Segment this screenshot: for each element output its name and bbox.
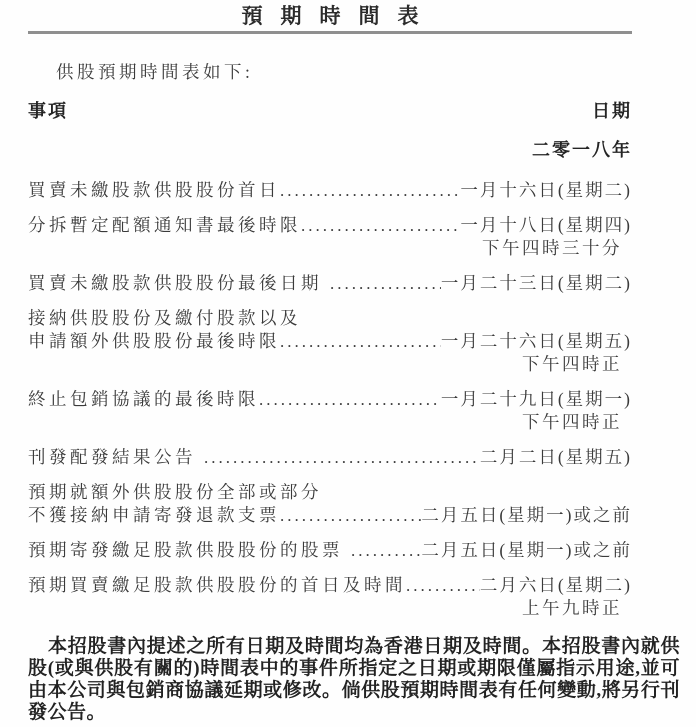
timetable-row: 買賣未繳股款供股股份最後日期 一月二十三日(星期二) xyxy=(28,272,632,295)
timetable-row: 預期就額外供股股份全部或部分不獲接納申請寄發退款支票二月五日(星期一)或之前 xyxy=(28,481,632,527)
dot-leader xyxy=(204,446,480,469)
dot-leader xyxy=(280,179,460,202)
notice-paragraph: 本招股書內提述之所有日期及時間均為香港日期及時間。本招股書內就供股(或與供股有關… xyxy=(28,636,680,724)
intro-text: 供股預期時間表如下: xyxy=(28,61,696,83)
timetable-row-line: 預期買賣繳足股款供股股份的首日及時間二月六日(星期二) xyxy=(28,574,632,597)
timetable-row-line: 申請額外供股股份最後時限一月二十六日(星期五) xyxy=(28,330,632,353)
timetable-row-line: 刊發配發結果公告 二月二日(星期五) xyxy=(28,446,632,469)
timetable-row-line: 買賣未繳股款供股股份首日一月十六日(星期二) xyxy=(28,179,632,202)
dot-leader xyxy=(351,539,421,562)
dot-leader xyxy=(330,272,441,295)
event-date: 一月二十六日(星期五) xyxy=(441,330,632,353)
dot-leader xyxy=(280,330,441,353)
timetable-row: 預期寄發繳足股款供股股份的股票 二月五日(星期一)或之前 xyxy=(28,539,632,562)
event-date: 一月二十三日(星期二) xyxy=(441,272,632,295)
title-divider xyxy=(28,31,632,34)
timetable-row: 終止包銷協議的最後時限一月二十九日(星期一)下午四時正 xyxy=(28,388,632,434)
event-time: 下午四時三十分 xyxy=(28,237,632,260)
event-date: 二月二日(星期五) xyxy=(480,446,632,469)
event-date: 二月五日(星期一)或之前 xyxy=(421,504,632,527)
event-date: 一月二十九日(星期一) xyxy=(441,388,632,411)
event-label: 預期寄發繳足股款供股股份的股票 xyxy=(28,539,343,562)
event-time: 下午四時正 xyxy=(28,411,632,434)
timetable-row: 接納供股股份及繳付股款以及申請額外供股股份最後時限一月二十六日(星期五)下午四時… xyxy=(28,307,632,376)
timetable-row: 刊發配發結果公告 二月二日(星期五) xyxy=(28,446,632,469)
timetable-row-line: 分拆暫定配額通知書最後時限一月十八日(星期四) xyxy=(28,214,632,237)
event-label: 預期就額外供股股份全部或部分 xyxy=(28,481,322,504)
event-label: 分拆暫定配額通知書最後時限 xyxy=(28,214,301,237)
timetable-row-line: 不獲接納申請寄發退款支票二月五日(星期一)或之前 xyxy=(28,504,632,527)
event-time: 上午九時正 xyxy=(28,597,632,620)
timetable-row: 預期買賣繳足股款供股股份的首日及時間二月六日(星期二)上午九時正 xyxy=(28,574,632,620)
dot-leader xyxy=(406,574,480,597)
event-label: 刊發配發結果公告 xyxy=(28,446,196,469)
timetable-rows: 買賣未繳股款供股股份首日一月十六日(星期二)分拆暫定配額通知書最後時限一月十八日… xyxy=(28,179,632,620)
page-title: 預期時間表 xyxy=(28,4,632,28)
event-date: 一月十八日(星期四) xyxy=(460,214,632,237)
dot-leader xyxy=(280,504,421,527)
timetable-row: 分拆暫定配額通知書最後時限一月十八日(星期四)下午四時三十分 xyxy=(28,214,632,260)
table-header-row: 事項 日期 xyxy=(28,100,632,123)
event-date: 一月十六日(星期二) xyxy=(460,179,632,202)
column-header-date: 日期 xyxy=(592,100,632,123)
timetable-row-line: 買賣未繳股款供股股份最後日期 一月二十三日(星期二) xyxy=(28,272,632,295)
event-label: 不獲接納申請寄發退款支票 xyxy=(28,504,280,527)
year-header: 二零一八年 xyxy=(28,139,632,162)
timetable-row: 買賣未繳股款供股股份首日一月十六日(星期二) xyxy=(28,179,632,202)
dot-leader xyxy=(259,388,441,411)
event-label: 預期買賣繳足股款供股股份的首日及時間 xyxy=(28,574,406,597)
event-date: 二月五日(星期一)或之前 xyxy=(421,539,632,562)
event-date: 二月六日(星期二) xyxy=(480,574,632,597)
notice-line: 由本公司與包銷商協議延期或修改。倘供股預期時間表有任何變動,將另行刊 xyxy=(28,680,680,702)
dot-leader xyxy=(301,214,460,237)
timetable-row-line: 接納供股股份及繳付股款以及 xyxy=(28,307,632,330)
timetable-row-line: 預期就額外供股股份全部或部分 xyxy=(28,481,632,504)
prospectus-timetable-page: 預期時間表 供股預期時間表如下: 事項 日期 二零一八年 買賣未繳股款供股股份首… xyxy=(0,0,696,727)
event-label: 申請額外供股股份最後時限 xyxy=(28,330,280,353)
event-time: 下午四時正 xyxy=(28,353,632,376)
event-label: 買賣未繳股款供股股份首日 xyxy=(28,179,280,202)
notice-line: 股(或與供股有關的)時間表中的事件所指定之日期或期限僅屬指示用途,並可 xyxy=(28,658,680,680)
event-label: 終止包銷協議的最後時限 xyxy=(28,388,259,411)
notice-line: 本招股書內提述之所有日期及時間均為香港日期及時間。本招股書內就供 xyxy=(28,636,680,658)
timetable-row-line: 預期寄發繳足股款供股股份的股票 二月五日(星期一)或之前 xyxy=(28,539,632,562)
notice-line: 發公告。 xyxy=(28,702,680,724)
event-label: 買賣未繳股款供股股份最後日期 xyxy=(28,272,322,295)
event-label: 接納供股股份及繳付股款以及 xyxy=(28,307,301,330)
timetable-row-line: 終止包銷協議的最後時限一月二十九日(星期一) xyxy=(28,388,632,411)
column-header-item: 事項 xyxy=(28,100,68,123)
